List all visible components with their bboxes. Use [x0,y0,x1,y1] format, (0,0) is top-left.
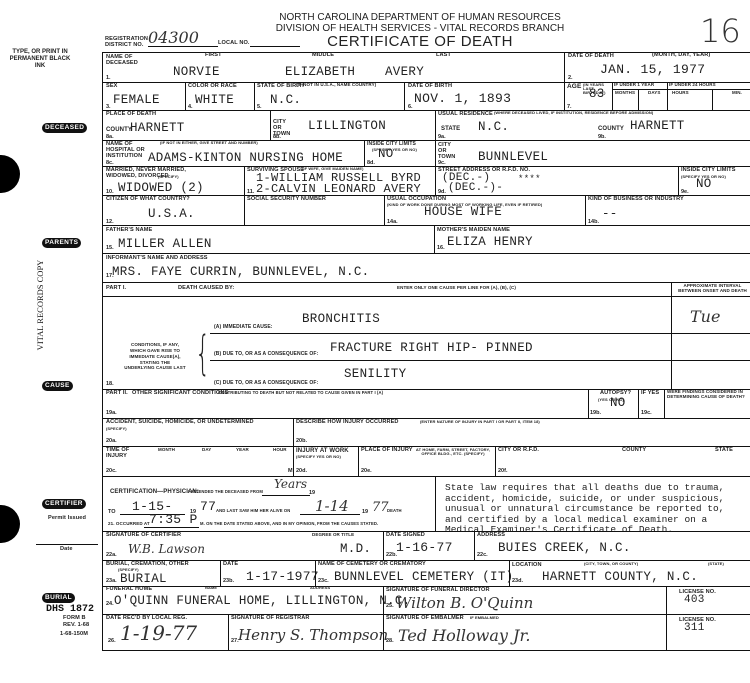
occurred-time: 7:35 P [149,512,198,527]
part-2-label: PART II. [106,391,128,397]
funeral-director-signature: Wilton B. O'Quinn [396,594,533,612]
divider [383,531,384,560]
item-num-20a: 20a. [106,438,117,444]
registration-label: REGISTRATION DISTRICT NO. [105,37,150,49]
due-to-b-label: (b) DUE TO, OR AS A CONSEQUENCE OF: [214,352,318,357]
ssn-label: SOCIAL SECURITY NUMBER [247,197,326,203]
divider [384,195,385,225]
informant-value: MRS. FAYE CURRIN, BUNNLEVEL, N.C. [112,265,369,279]
race-label: COLOR OR RACE [188,84,237,90]
funeral-director-signature-label: SIGNATURE OF FUNERAL DIRECTOR [386,588,490,594]
divider [678,166,679,195]
m-label: M [288,468,293,474]
mother-value: ELIZA HENRY [447,235,533,249]
marital-sublabel: (SPECIFY) [158,175,179,179]
place-of-death-label: PLACE OF DEATH [106,112,156,118]
residence-inside-city-value: NO [696,177,712,191]
bracket-icon: { [195,330,210,376]
punch-hole-top [0,155,20,193]
sex-value: FEMALE [113,93,160,107]
due-to-b-value: FRACTURE RIGHT HIP- PINNED [330,341,533,355]
item-num-19c: 19c. [641,410,652,416]
ink-instructions: TYPE, OR PRINT IN PERMANENT BLACK INK [4,49,76,70]
county-label: COUNTY [106,127,132,133]
date-signed-label: DATE SIGNED [386,533,425,539]
cemetery-value: BUNNLEVEL CEMETERY (IT) [334,570,513,584]
deceased-middle-name: ELIZABETH [285,65,355,79]
divider [666,586,667,650]
embalmer-signature-label: SIGNATURE OF EMBALMER [386,616,464,622]
location-state-sublabel: (STATE) [708,562,724,566]
item-num-23b: 23b. [223,578,234,584]
residence-city-label: CITY OR TOWN [438,143,458,161]
attended-to-year: 77 [200,499,216,514]
divider [270,110,271,140]
location-value: HARNETT COUNTY, N.C. [542,570,698,584]
embalmer-signature: Ted Holloway Jr. [398,626,530,645]
occurred-suffix: M. ON THE DATE STATED ABOVE, AND IN MY O… [200,522,378,526]
punch-hole-bottom [0,505,20,543]
row-line [102,282,750,283]
residence-county: HARNETT [630,119,685,133]
form-meta-2: REV. 1-68 [63,623,89,629]
divider [228,614,229,650]
other-conditions-label: OTHER SIGNIFICANT CONDITIONS [132,391,228,397]
occurred-at-label: 21. OCCURRED AT [108,522,150,527]
immediate-cause-value: BRONCHITIS [302,312,380,326]
item-num-20f: 20f. [498,468,507,474]
item-num-20e: 20e. [361,468,372,474]
permit-issued-label: Permit Issued [48,516,86,522]
item-num-19a: 19a. [106,410,117,416]
father-value: MILLER ALLEN [118,237,212,251]
disposition-value: BURIAL [120,572,167,586]
date-of-birth-value: NOV. 1, 1893 [414,91,511,106]
marital-status-label: MARRIED, NEVER MARRIED, WIDOWED, DIVORCE… [106,168,196,180]
location-label: LOCATION [512,563,542,569]
findings-label: WERE FINDINGS CONSIDERED IN DETERMINING … [667,390,750,399]
autopsy-value: NO [610,396,626,410]
citizen-label: CITIZEN OF WHAT COUNTRY? [106,197,190,203]
occupation-value: HOUSE WIFE [424,205,502,219]
interval-label: APPROXIMATE INTERVAL BETWEEN ONSET AND D… [675,284,750,293]
item-num-23a: 23a. [106,578,117,584]
death-caused-by-label: DEATH CAUSED BY: [178,286,234,292]
certificate-handwritten-number: 16 [700,12,741,50]
signature-of-certifier-label: SIGNATURE OF CERTIFIER [106,533,181,539]
interval-handwritten: Tue [690,307,720,326]
residence-inside-city-label: INSIDE CITY LIMITS [681,168,736,174]
item-num-24: 24. [106,601,114,607]
medical-examiner-notice: State law requires that all deaths due t… [445,483,724,536]
burial-date-value: 1-17-1977 [246,569,319,584]
place-of-death-city: LILLINGTON [308,119,386,133]
conditions-note: CONDITIONS, IF ANY, WHICH GAVE RISE TO I… [124,342,186,371]
burial-date-label: DATE [223,562,238,568]
item-num-1: 1. [106,75,111,81]
certifier-signature: W.B. Lawson [128,542,205,556]
injury-manner-sublabel: (SPECIFY) [106,427,127,431]
divider [315,560,316,586]
divider [564,52,565,82]
divider [638,389,639,418]
under-year-label: IF UNDER 1 YEAR [614,83,654,88]
item-num-17: 17. [106,273,114,279]
place-of-death-county: HARNETT [130,121,185,135]
divider [495,446,496,476]
item-num-23c: 23c. [318,578,329,584]
local-no-label: LOCAL NO. [218,41,250,47]
divider [509,560,510,586]
injury-at-work-sublabel: (SPECIFY YES OR NO) [296,455,341,459]
hospital-value: ADAMS-KINTON NURSING HOME [148,151,343,165]
item-num-16: 16. [437,245,445,251]
form-id: DHS 1872 [46,604,94,615]
immediate-cause-label: (a) IMMEDIATE CAUSE: [214,325,273,330]
date-received-value: 1-19-77 [120,621,197,645]
certifier-address: BUIES CREEK, N.C. [498,541,631,555]
registrar-signature-label: SIGNATURE OF REGISTRAR [231,616,310,622]
cause-line-b [210,360,750,361]
divider [664,389,665,418]
injury-state-label: STATE [715,448,733,454]
name-first-sublabel: FIRST [205,53,222,59]
father-label: FATHER'S NAME [106,228,152,234]
to-label: TO [108,509,116,515]
injury-county-label: COUNTY [622,448,646,454]
date-of-death-value: JAN. 15, 1977 [600,62,705,77]
section-tab-deceased: DECEASED [42,123,87,133]
due-to-c-label: (c) DUE TO, OR AS A CONSEQUENCE OF: [214,381,318,386]
surviving-spouse-2: 2-CALVIN LEONARD AVERY [256,182,421,196]
item-num-20d: 20d. [296,468,307,474]
embalmer-license: 311 [684,622,705,634]
divider [364,140,365,166]
funeral-director-license: 403 [684,594,705,606]
if-yes-label: IF YES [641,391,659,397]
race-value: WHITE [195,93,234,107]
cause-instruction: ENTER ONLY ONE CAUSE PER LINE FOR (a), (… [397,286,516,291]
residence-state: N.C. [478,120,509,134]
divider [435,110,436,195]
hospital-sublabel: (IF NOT IN EITHER, GIVE STREET AND NUMBE… [160,141,258,145]
date-label: Date [60,547,73,553]
name-label: NAME OF DECEASED [106,55,146,67]
informant-label: INFORMANT'S NAME AND ADDRESS [106,256,208,262]
hospital-label: NAME OF HOSPITAL OR INSTITUTION [106,142,146,160]
item-num-19b: 19b. [590,410,601,416]
registration-underline [148,46,218,47]
section-tab-certifier: CERTIFIER [42,499,86,509]
residence-label: USUAL RESIDENCE [438,112,493,118]
sub-line [102,296,750,297]
row-line [102,225,750,226]
certificate-title: CERTIFICATE OF DEATH [230,33,610,50]
place-of-injury-sublabel: AT HOME, FARM, STREET, FACTORY, OFFICE B… [413,448,493,456]
hours-label: HOURS [672,91,689,96]
item-num-20b: 20b. [296,438,307,444]
registrar-signature: Henry S. Thompson [238,626,388,644]
injury-how-label: DESCRIBE HOW INJURY OCCURRED [296,420,399,426]
last-saw-date: 1-14 [315,497,349,515]
age-value: 83 [589,87,605,101]
funeral-home-name-sublabel: NAME [205,586,217,590]
item-num-22a: 22a. [106,552,117,558]
date-of-birth-label: DATE OF BIRTH [408,84,452,90]
location-sublabel: (CITY, TOWN, OR COUNTY) [584,562,638,566]
attended-from-value: Years [274,477,307,491]
divider [435,476,436,531]
deceased-first-name: NORVIE [173,65,220,79]
street-address-line2: (DEC.-)- [448,182,503,194]
section-tab-burial: BURIAL [42,593,75,603]
month-label: MONTH [158,448,175,453]
place-of-injury-label: PLACE OF INJURY [361,448,413,454]
divider [244,195,245,225]
injury-manner-label: ACCIDENT, SUICIDE, HOMICIDE, OR UNDETERM… [106,420,254,426]
attended-from-underline [262,495,310,496]
item-num-2: 2. [568,75,573,81]
attended-text: I ATTENDED THE DECEASED FROM [188,490,263,494]
year-label: YEAR [236,448,249,453]
months-label: MONTHS [615,91,635,96]
date-of-death-sublabel: (MONTH, DAY, YEAR) [652,53,710,59]
age-label: AGE [567,84,581,91]
state-of-birth-sublabel: (IF NOT IN U.S.A., NAME COUNTRY) [296,83,376,88]
frame-bottom [102,650,750,651]
state-of-birth-value: N.C. [270,93,301,107]
divider [404,82,405,110]
last-saw-text: AND LAST SAW HIM HER ALIVE ON [216,509,290,513]
vital-records-copy-label: VITAL RECORDS COPY [35,255,45,355]
embalmer-sublabel: IF EMBALMED [470,616,499,620]
item-num-20c: 20c. [106,468,117,474]
injury-how-sublabel: (ENTER NATURE OF INJURY IN PART I OR PAR… [420,420,540,424]
county-label: COUNTY [598,126,624,132]
item-num-22b: 22b. [386,552,397,558]
divider [244,166,245,195]
under-day-label: IF UNDER 24 HOURS [669,83,716,88]
divider [358,446,359,476]
divider [671,282,672,390]
item-num-28: 28. [386,638,394,644]
funeral-home-value: O'QUINN FUNERAL HOME, LILLINGTON, N.C. [114,594,410,608]
date-of-death-label: DATE OF DEATH [568,54,614,60]
department-title: NORTH CAROLINA DEPARTMENT OF HUMAN RESOU… [230,12,610,23]
min-label: MIN. [732,91,742,96]
part-1-label: PART I. [106,286,126,292]
section-tab-parents: PARENTS [42,238,81,248]
divider [185,82,186,110]
death-text: DEATH [387,509,402,513]
residence-city: BUNNLEVEL [478,150,548,164]
row-line [102,476,750,477]
form-meta-3: 1-68-150M [60,632,88,638]
item-num-15: 15. [106,245,114,251]
hour-label: HOUR [273,448,287,453]
injury-city-label: CITY OR R.F.D. [498,448,539,454]
occurred-underline [144,527,199,528]
item-num-23d: 23d. [512,578,523,584]
hospital-inside-city-limits: NO [378,147,394,161]
cause-line-a [210,333,750,334]
registration-number: 04300 [148,28,199,47]
sex-label: SEX [106,84,118,90]
nineteen-label: 19 [362,509,368,515]
day-label: DAY [202,448,211,453]
degree-label: DEGREE OR TITLE [312,533,354,538]
certification-label: CERTIFICATION—PHYSICIAN: [110,489,199,495]
funeral-home-label: FUNERAL HOME [106,587,152,593]
item-num-26: 26. [108,638,116,644]
days-label: DAYS [648,91,661,96]
time-of-injury-label: TIME OF INJURY [106,448,136,460]
due-to-c-value: SENILITY [344,367,406,381]
date-signed-value: 1-16-77 [396,540,453,555]
divider [712,89,713,110]
item-num-22c: 22c. [477,552,488,558]
divider [585,195,586,225]
divider [434,225,435,253]
divider [474,531,475,560]
item-num-18: 18. [106,381,114,387]
business-value: -- [602,207,618,221]
residence-sublabel: (WHERE DECEASED LIVED, IF INSTITUTION, R… [494,111,653,115]
degree-value: M.D. [340,542,371,556]
name-middle-sublabel: MIDDLE [312,53,334,59]
divider [638,89,639,110]
street-address-mark: **** [518,174,541,184]
other-conditions-sublabel: CONTRIBUTING TO DEATH BUT NOT RELATED TO… [218,391,383,395]
citizen-value: U.S.A. [148,207,195,221]
nineteen-label: 19 [309,490,315,496]
deceased-last-name: AVERY [385,65,424,79]
address-label: ADDRESS [477,533,505,539]
date-line [36,544,98,545]
row-line [102,560,750,561]
row-line [102,531,750,532]
item-num-25: 25. [386,603,394,609]
form-meta-1: FORM B [63,616,86,622]
divider [254,82,255,110]
state-label: STATE [441,126,460,132]
divider [564,82,565,110]
section-tab-cause: CAUSE [42,381,73,391]
business-label: KIND OF BUSINESS OR INDUSTRY [588,197,684,203]
local-no-underline [250,46,300,47]
divider [220,560,221,586]
name-last-sublabel: LAST [436,53,451,59]
row-line [102,166,750,167]
funeral-home-address-sublabel: ADDRESS [310,586,330,590]
mother-label: MOTHER'S MAIDEN NAME [437,228,510,234]
marital-status-value: WIDOWED (2) [118,181,204,195]
cemetery-label: NAME OF CEMETERY OR CREMATORY [318,562,426,568]
